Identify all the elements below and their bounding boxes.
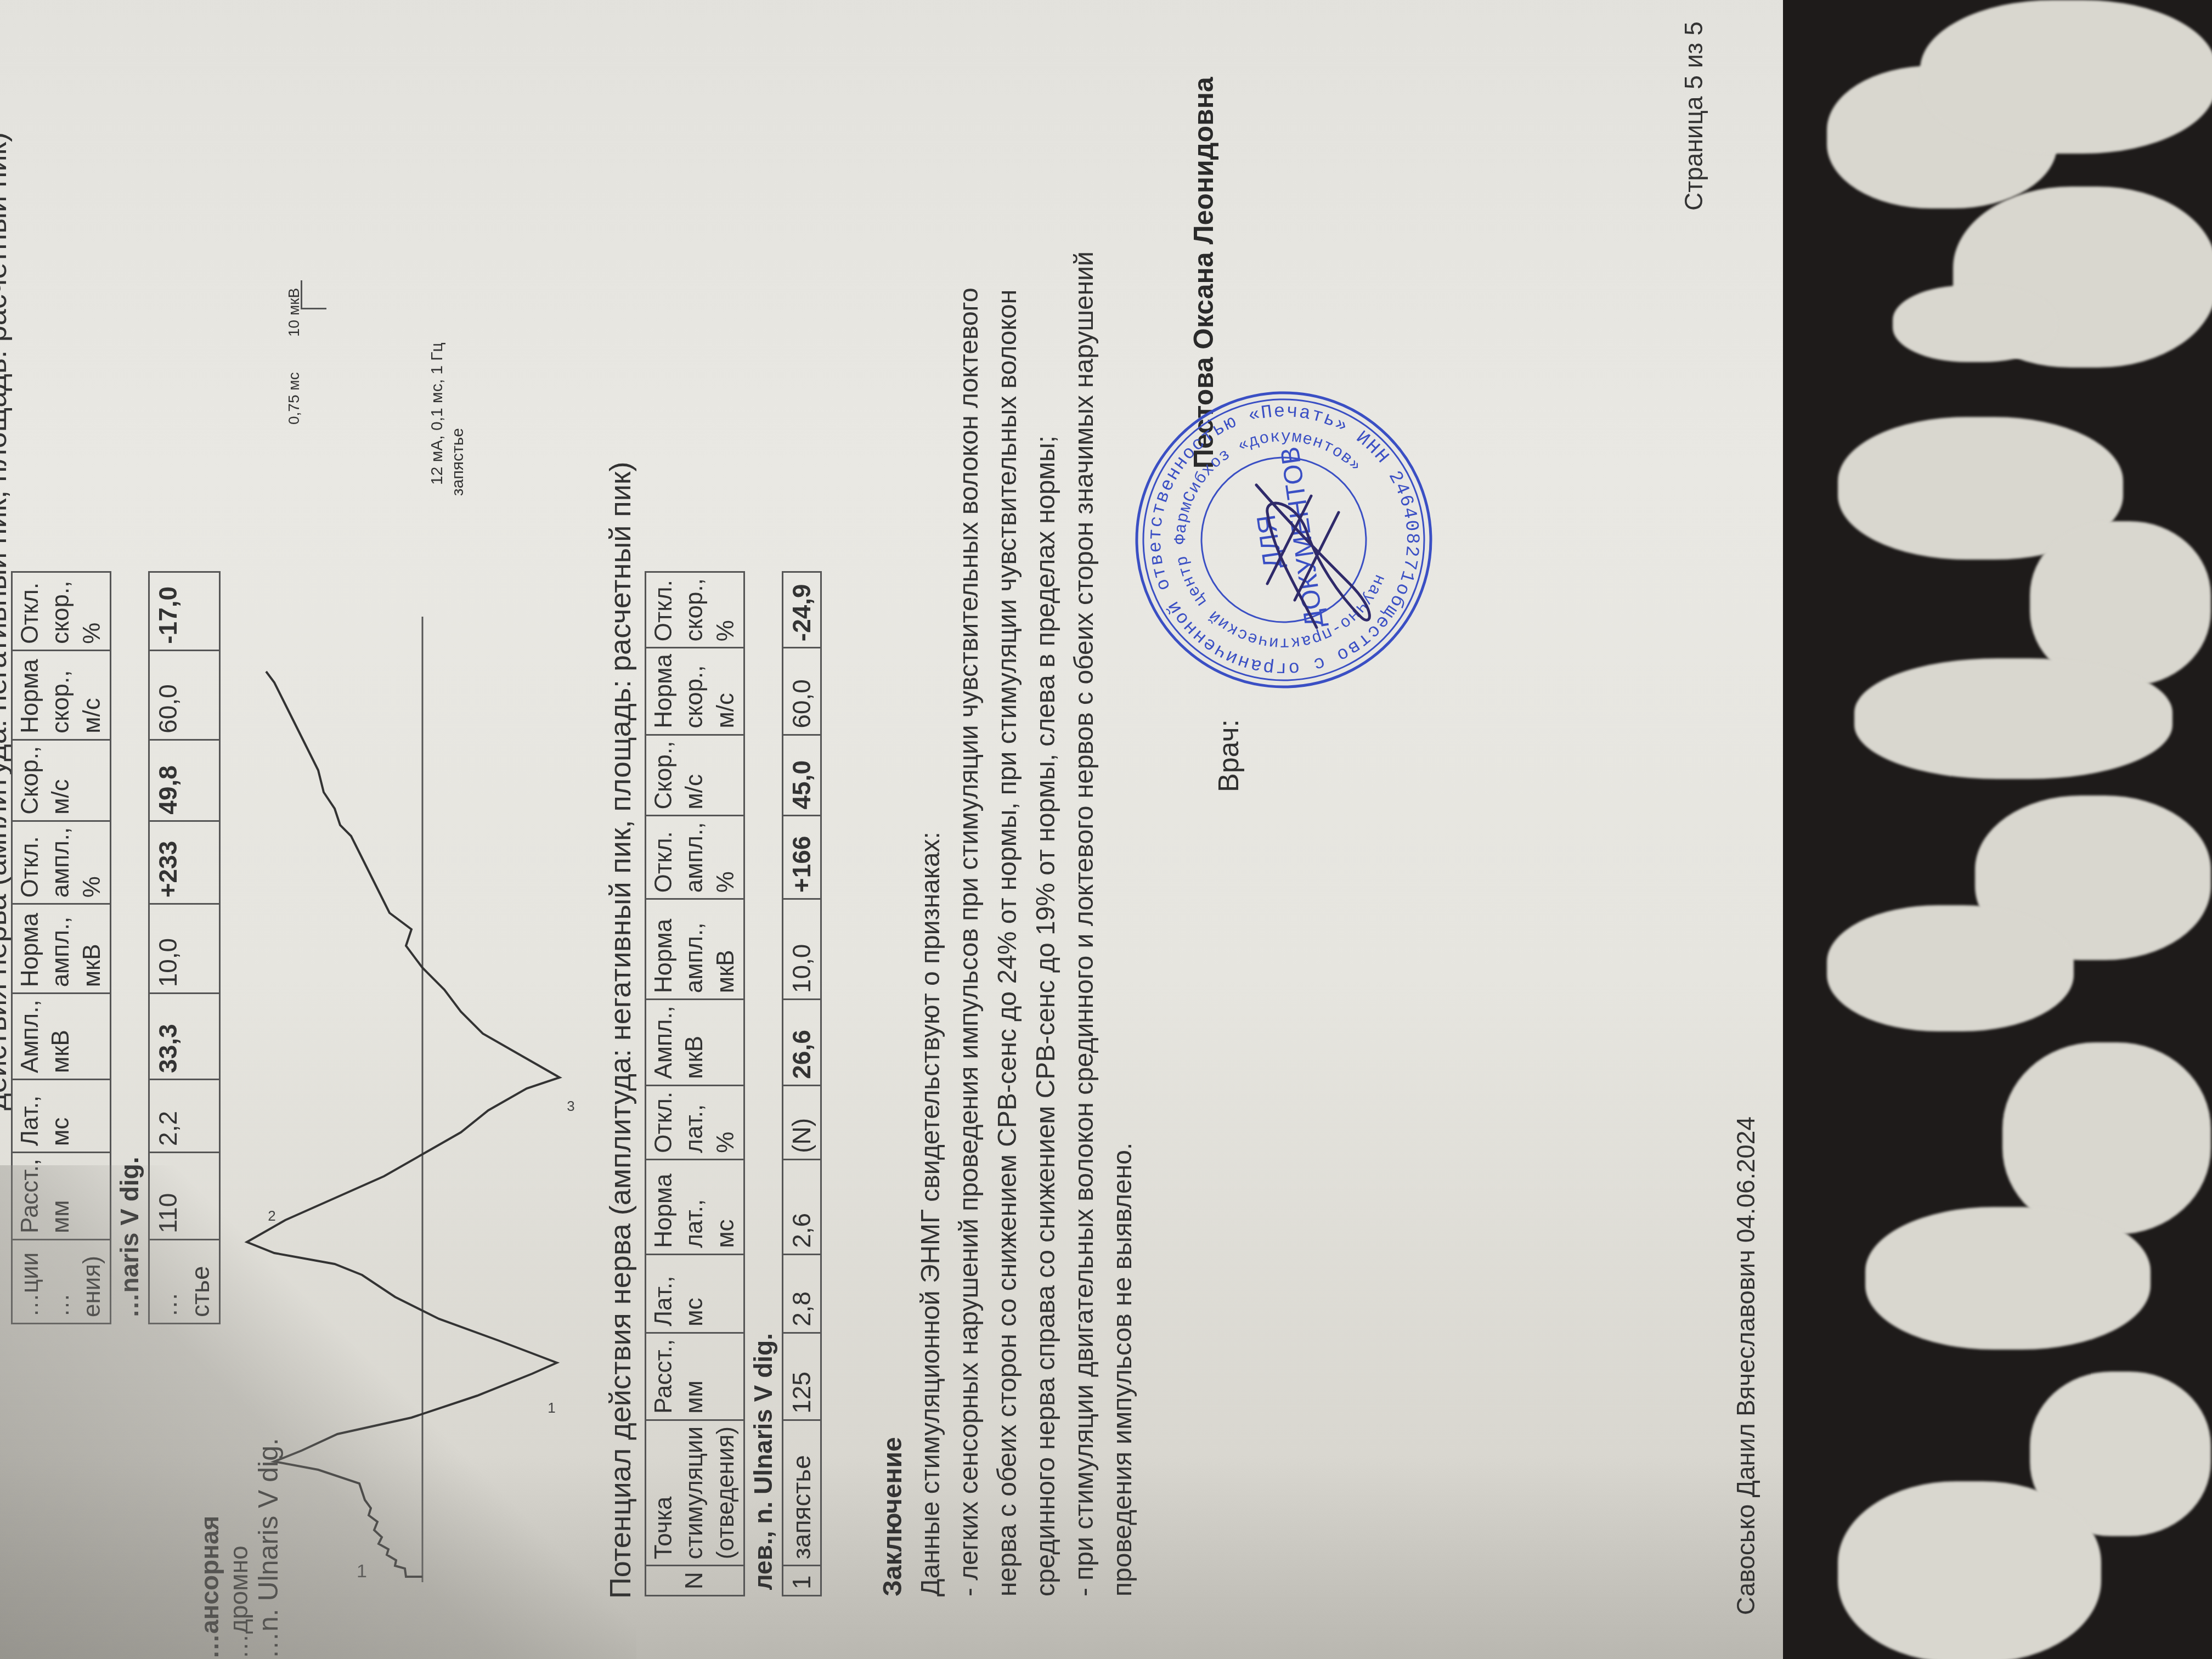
header-cell: Откл. ампл., % bbox=[12, 821, 111, 904]
cell-point: запястье bbox=[782, 1420, 821, 1565]
trace-label: 1 bbox=[357, 1561, 367, 1582]
cell-speed: 49,8 bbox=[149, 740, 219, 821]
marker-2: 2 bbox=[268, 1207, 275, 1224]
cell-norm-speed: 60,0 bbox=[782, 648, 821, 735]
cell-lat: 2,2 bbox=[149, 1079, 219, 1152]
nerve-table-1: …ции …ения) Расст., мм Лат., мс Ампл., м… bbox=[11, 571, 221, 1324]
conclusion-line: Данные стимуляционной ЭНМГ свидетельству… bbox=[912, 832, 950, 1596]
cell-lat: 2,8 bbox=[782, 1254, 821, 1333]
document-page: действия нерва (амплитуда: негативный пи… bbox=[0, 0, 1783, 1659]
table-row: 1 запястье 125 2,8 2,6 (N) 26,6 10,0 +16… bbox=[782, 572, 821, 1596]
cell-dev-amp: +233 bbox=[149, 821, 219, 904]
group-label: …naris V dig. bbox=[110, 572, 149, 1323]
table-row: …стье 110 2,2 33,3 10,0 +233 49,8 60,0 -… bbox=[149, 572, 219, 1323]
header-cell: Откл. скор., % bbox=[646, 572, 744, 648]
marker-3: 3 bbox=[567, 1098, 574, 1115]
cell-point: …стье bbox=[149, 1240, 219, 1324]
scale-bar bbox=[301, 280, 326, 309]
header-cell: Норма лат., мс bbox=[646, 1159, 744, 1254]
table2-group-row: лев., n. Ulnaris V dig. bbox=[744, 572, 782, 1596]
header-cell: Откл. скор., % bbox=[12, 572, 111, 650]
conclusion-heading: Заключение bbox=[878, 1437, 908, 1596]
header-cell: N bbox=[646, 1566, 744, 1596]
cell-amp: 33,3 bbox=[149, 994, 219, 1080]
doctor-label: Врач: bbox=[1212, 719, 1245, 792]
official-stamp: общество с ограниченной ответственностью… bbox=[1130, 386, 1437, 693]
header-cell: Расст., мм bbox=[646, 1333, 744, 1420]
cell-norm-lat: 2,6 bbox=[782, 1159, 821, 1254]
header-cell: Норма ампл., мкВ bbox=[12, 904, 111, 994]
header-cell: Откл. лат., % bbox=[646, 1085, 744, 1159]
header-cell: Точка стимуляции (отведения) bbox=[646, 1420, 744, 1565]
header-cell: Расст., мм bbox=[12, 1152, 111, 1239]
cell-n: 1 bbox=[782, 1566, 821, 1596]
cell-dist: 110 bbox=[149, 1152, 219, 1239]
section-title: Потенциал действия нерва (амплитуда: нег… bbox=[603, 462, 637, 1599]
waveform-chart bbox=[241, 617, 592, 1659]
header-cell: …ции …ения) bbox=[12, 1240, 111, 1324]
header-cell: Норма ампл., мкВ bbox=[646, 899, 744, 1000]
conclusion-line: - при стимуляции двигательных волокон ср… bbox=[1065, 251, 1104, 1596]
stim-site: запястье bbox=[449, 428, 467, 496]
cell-norm-speed: 60,0 bbox=[149, 650, 219, 740]
header-cell: Ампл., мкВ bbox=[646, 1000, 744, 1086]
header-cell: Норма скор., м/с bbox=[12, 650, 111, 740]
cell-speed: 45,0 bbox=[782, 735, 821, 816]
note-sensory: …ансорная bbox=[195, 1516, 224, 1659]
header-cell: Лат., мс bbox=[646, 1254, 744, 1333]
conclusion-line: - легких сенсорных нарушений проведения … bbox=[950, 287, 989, 1596]
cell-norm-amp: 10,0 bbox=[782, 899, 821, 1000]
table1-group-row: …naris V dig. bbox=[110, 572, 149, 1323]
stim-params: 12 мА, 0,1 мс, 1 Гц bbox=[428, 342, 447, 485]
cell-dist: 125 bbox=[782, 1333, 821, 1420]
table2-header-row: N Точка стимуляции (отведения) Расст., м… bbox=[646, 572, 744, 1596]
cell-dev-speed: -24,9 bbox=[782, 572, 821, 648]
nerve-table-2: N Точка стимуляции (отведения) Расст., м… bbox=[645, 571, 822, 1596]
conclusion-line: проведения импульсов не выявлено. bbox=[1104, 1143, 1142, 1596]
header-cell: Норма скор., м/с bbox=[646, 648, 744, 735]
header-cell: Лат., мс bbox=[12, 1079, 111, 1152]
header-cell: Откл. ампл., % bbox=[646, 816, 744, 899]
patient-footer: Савосько Данил Вячеславович 04.06.2024 bbox=[1731, 1116, 1760, 1615]
page-number: Страница 5 из 5 bbox=[1679, 21, 1708, 211]
header-cell: Скор., м/с bbox=[646, 735, 744, 816]
conclusion-line: срединного нерва справа со снижением СРВ… bbox=[1027, 436, 1065, 1596]
header-cell: Скор., м/с bbox=[12, 740, 111, 821]
cell-dev-amp: +166 bbox=[782, 816, 821, 899]
table1-header-row: …ции …ения) Расст., мм Лат., мс Ампл., м… bbox=[12, 572, 111, 1323]
scale-time: 0,75 мс bbox=[285, 372, 303, 425]
cell-norm-amp: 10,0 bbox=[149, 904, 219, 994]
cell-dev-speed: -17,0 bbox=[149, 572, 219, 650]
cell-dev-lat: (N) bbox=[782, 1085, 821, 1159]
header-cell: Ампл., мкВ bbox=[12, 994, 111, 1080]
conclusion-line: нерва с обеих сторон со снижением СРВ-се… bbox=[989, 290, 1027, 1596]
group-label: лев., n. Ulnaris V dig. bbox=[744, 572, 782, 1596]
cell-amp: 26,6 bbox=[782, 1000, 821, 1086]
marker-1: 1 bbox=[548, 1400, 555, 1417]
